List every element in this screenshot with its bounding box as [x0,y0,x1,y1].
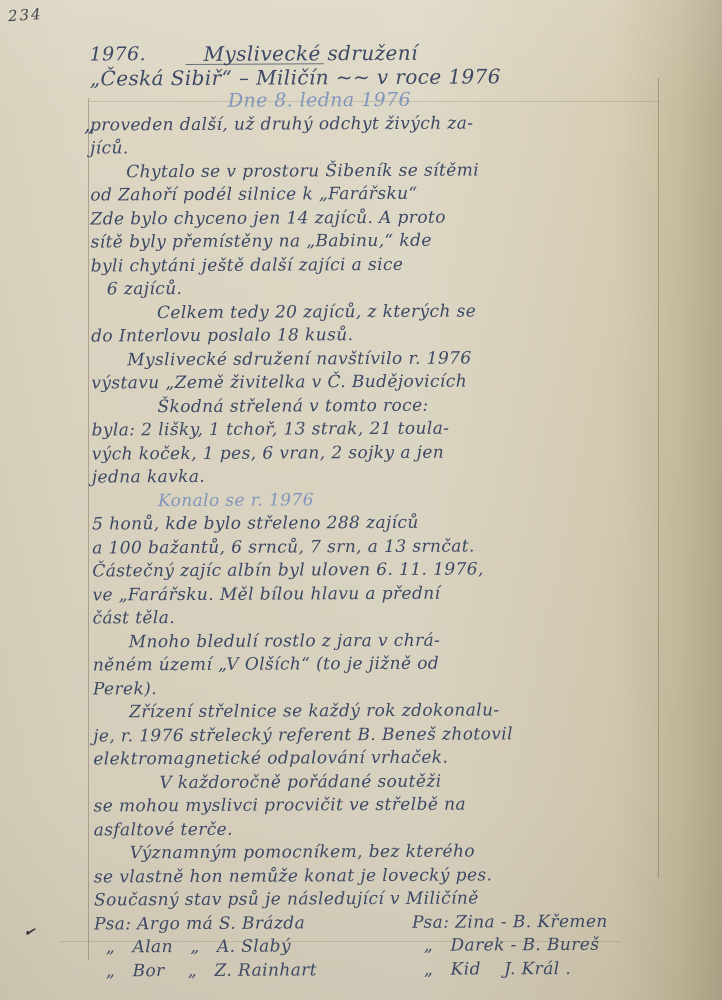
text-line: byla: 2 lišky, 1 tchoř, 13 strak, 21 tou… [92,417,658,443]
text-line: Celkem tedy 20 zajíců, z kterých se [91,299,657,325]
dog-list-row: „ Bor „ Z. Rainhart „ Kid J. Král . [94,957,660,983]
text-line: 6 zajíců. [91,276,657,302]
date-heading: Dne 8. ledna 1976 [90,88,656,114]
text-line: Myslivecké sdružení navštívilo r. 1976 [91,346,657,372]
text-line: proveden další, už druhý odchyt živých z… [90,111,656,137]
dog-entry: „ Alan „ A. Slabý [94,935,412,960]
text-line: je, r. 1976 střelecký referent B. Beneš … [93,722,659,748]
header-row: 1976. Myslivecké sdružení [90,41,656,67]
text-line: část těla. [92,605,658,631]
left-margin-line [88,98,89,960]
text-line: elektromagnetické odpalování vrhaček. [93,746,659,772]
page-subtitle: „Česká Sibiř“ – Miličín ~~ v roce 1976 [90,64,656,90]
year-label: 1976. [90,43,200,67]
section-heading: Konalo se r. 1976 [92,487,658,513]
page-number: 234 [7,5,43,25]
handwritten-text-block: 1976. Myslivecké sdružení „Česká Sibiř“ … [90,41,661,984]
text-line: Chytalo se v prostoru Šibeník se sítěmi [90,158,656,184]
dog-entry: „ Darek - B. Bureš [412,934,599,958]
text-line: do Interlovu poslalo 18 kusů. [91,323,657,349]
text-line: vých koček, 1 pes, 6 vran, 2 sojky a jen [92,440,658,466]
text-line: od Zahoří podél silnice k „Farářsku“ [90,182,656,208]
page-title: Myslivecké sdružení [200,42,422,67]
dog-list-row: Psa: Argo má S. Brázda Psa: Zina - B. Kř… [94,910,660,936]
dog-entry: „ Bor „ Z. Rainhart [94,958,412,983]
text-line: Zde bylo chyceno jen 14 zajíců. A proto [90,205,656,231]
text-line: jíců. [90,135,656,161]
text-line: 5 honů, kde bylo střeleno 288 zajíců [92,511,658,537]
text-line: V každoročně pořádané soutěži [93,769,659,795]
text-line: se mohou myslivci procvičit ve střelbě n… [93,793,659,819]
text-line: Částečný zajíc albín byl uloven 6. 11. 1… [92,558,658,584]
text-line: Významným pomocníkem, bez kterého [94,840,660,866]
text-line: asfaltové terče. [94,816,660,842]
text-line: Mnoho bledulí rostlo z jara v chrá- [93,628,659,654]
text-line: Perek). [93,675,659,701]
dog-entry: Psa: Argo má S. Brázda [94,911,412,936]
text-line: výstavu „Země živitelka v Č. Budějovicíc… [91,370,657,396]
text-line: jedna kavka. [92,464,658,490]
text-line: se vlastně hon nemůže konat je lovecký p… [94,863,660,889]
text-line: Škodná střelená v tomto roce: [91,393,657,419]
text-line: sítě byly přemístěny na „Babinu,“ kde [91,229,657,255]
text-line: Současný stav psů je následující v Milič… [94,887,660,913]
chronicle-page: 234 „ ✔ 1976. Myslivecké sdružení „Česká… [0,0,722,1000]
text-line: něném území „V Olších“ (to je jižně od [93,652,659,678]
check-mark: ✔ [23,924,36,940]
dog-list-row: „ Alan „ A. Slabý „ Darek - B. Bureš [94,934,660,960]
text-line: Zřízení střelnice se každý rok zdokonalu… [93,699,659,725]
text-line: ve „Farářsku. Měl bílou hlavu a přední [92,581,658,607]
text-line: a 100 bažantů, 6 srnců, 7 srn, a 13 srnč… [92,534,658,560]
dog-entry: „ Kid J. Král . [412,957,571,981]
text-line: byli chytáni ještě další zajíci a sice [91,252,657,278]
dog-entry: Psa: Zina - B. Křemen [412,910,608,935]
